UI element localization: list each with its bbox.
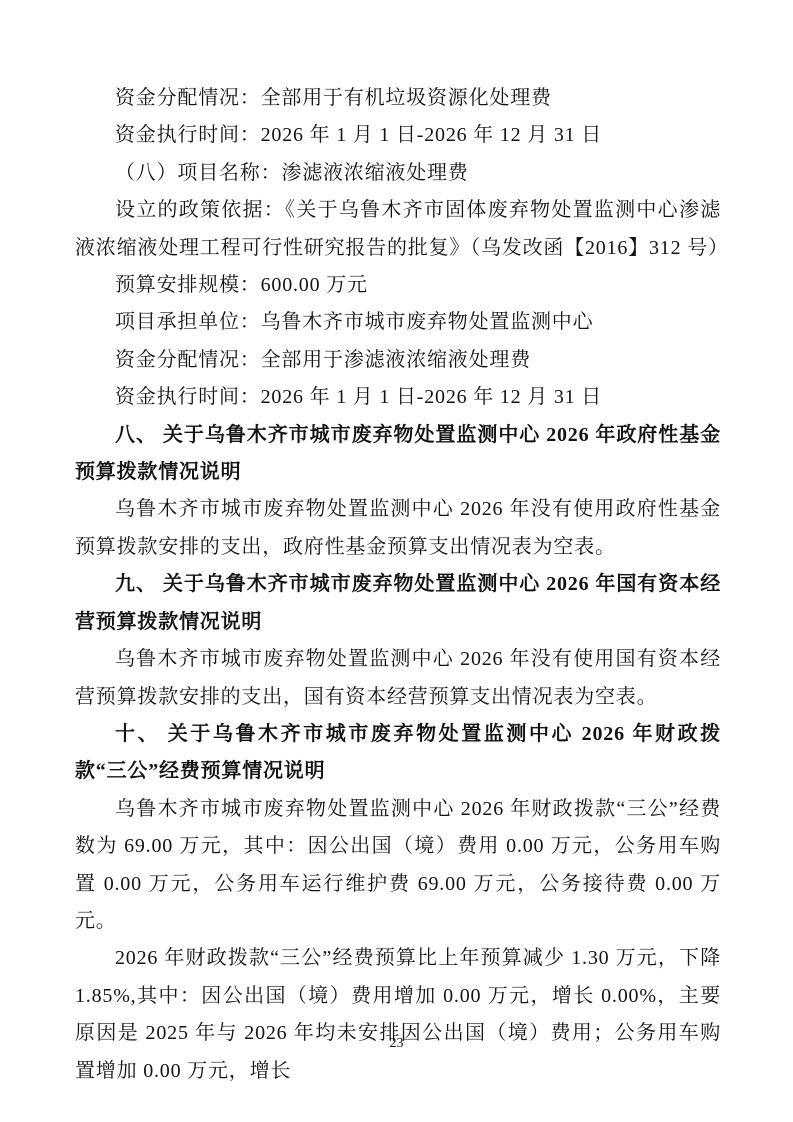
- document-body: 资金分配情况：全部用于有机垃圾资源化处理费资金执行时间：2026 年 1 月 1…: [75, 80, 721, 1090]
- paragraph: 项目承担单位：乌鲁木齐市城市废弃物处置监测中心: [75, 304, 721, 341]
- paragraph: 乌鲁木齐市城市废弃物处置监测中心 2026 年没有使用国有资本经营预算拨款安排的…: [75, 641, 721, 716]
- paragraph: 资金执行时间：2026 年 1 月 1 日-2026 年 12 月 31 日: [75, 117, 721, 154]
- section-heading: 八、 关于乌鲁木齐市城市废弃物处置监测中心 2026 年政府性基金预算拨款情况说…: [75, 417, 721, 492]
- section-heading: 十、 关于乌鲁木齐市城市废弃物处置监测中心 2026 年财政拨款“三公”经费预算…: [75, 716, 721, 791]
- paragraph: 乌鲁木齐市城市废弃物处置监测中心 2026 年财政拨款“三公”经费数为 69.0…: [75, 791, 721, 941]
- paragraph: 2026 年财政拨款“三公”经费预算比上年预算减少 1.30 万元，下降 1.8…: [75, 940, 721, 1090]
- document-page: 资金分配情况：全部用于有机垃圾资源化处理费资金执行时间：2026 年 1 月 1…: [0, 0, 793, 1122]
- paragraph: 预算安排规模：600.00 万元: [75, 267, 721, 304]
- paragraph: 资金分配情况：全部用于有机垃圾资源化处理费: [75, 80, 721, 117]
- page-number: 23: [0, 1036, 793, 1052]
- paragraph: （八）项目名称：渗滤液浓缩液处理费: [75, 155, 721, 192]
- section-heading: 九、 关于乌鲁木齐市城市废弃物处置监测中心 2026 年国有资本经营预算拨款情况…: [75, 566, 721, 641]
- paragraph: 资金分配情况：全部用于渗滤液浓缩液处理费: [75, 342, 721, 379]
- paragraph: 设立的政策依据：《关于乌鲁木齐市固体废弃物处置监测中心渗滤液浓缩液处理工程可行性…: [75, 192, 721, 267]
- paragraph: 资金执行时间：2026 年 1 月 1 日-2026 年 12 月 31 日: [75, 379, 721, 416]
- paragraph: 乌鲁木齐市城市废弃物处置监测中心 2026 年没有使用政府性基金预算拨款安排的支…: [75, 491, 721, 566]
